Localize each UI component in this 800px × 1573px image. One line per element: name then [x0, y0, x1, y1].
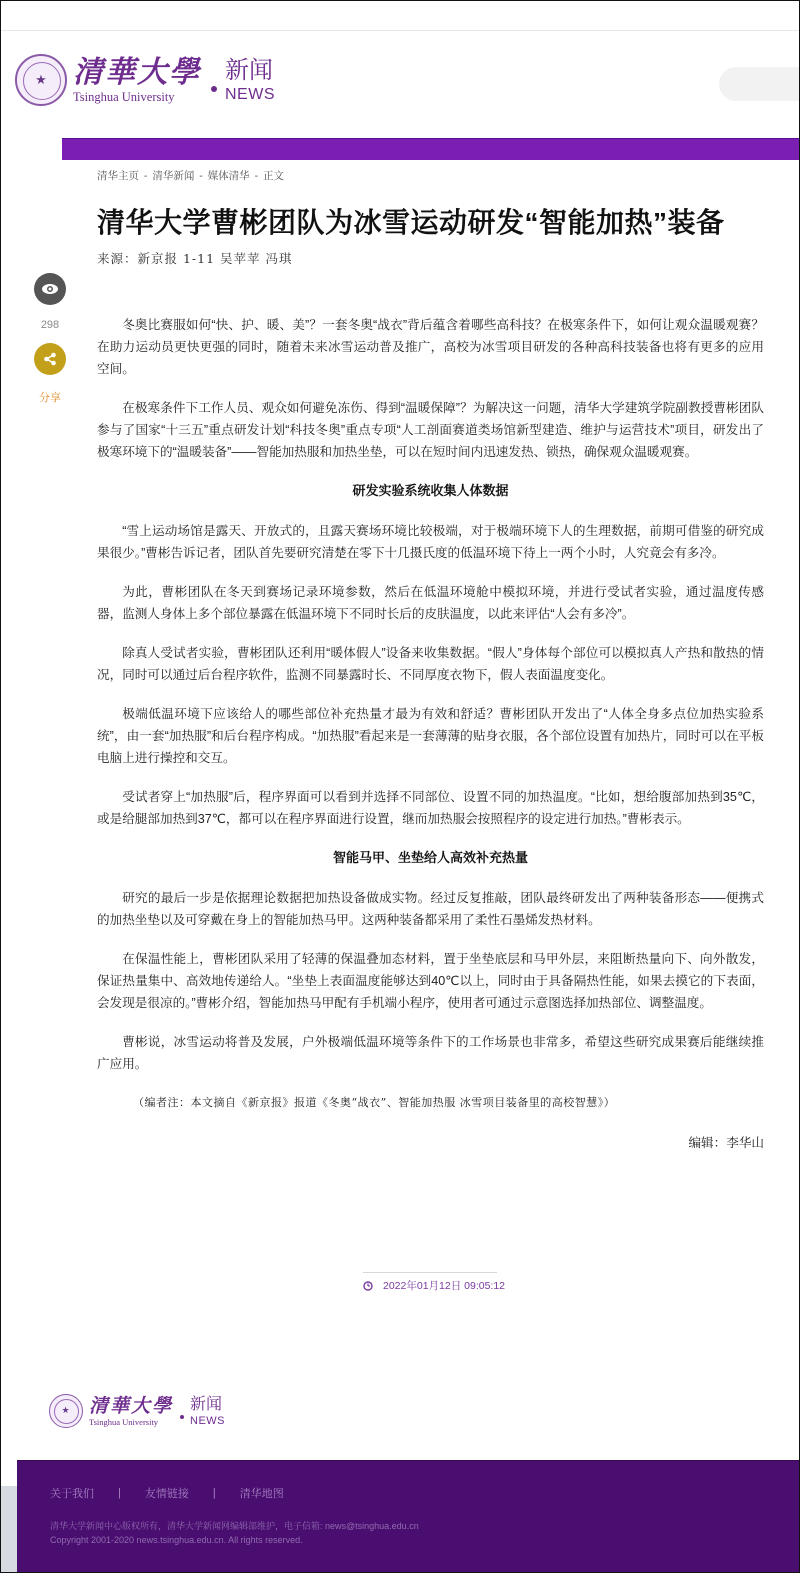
clock-icon [363, 1281, 373, 1291]
breadcrumb-home[interactable]: 清华主页 [97, 170, 139, 182]
paragraph: 极端低温环境下应该给人的哪些部位补充热量才最为有效和舒适？曹彬团队开发出了“人体… [97, 703, 764, 769]
footer-links: 关于我们 | 友情链接 | 清华地图 [50, 1485, 284, 1501]
breadcrumb-current: 正文 [263, 170, 284, 182]
share-button[interactable] [34, 343, 66, 375]
logo-chinese-name: 清華大學 [89, 1395, 173, 1417]
breadcrumb: 清华主页 - 清华新闻 - 媒体清华 - 正文 [97, 168, 284, 183]
section-heading: 研发实验系统收集人体数据 [97, 480, 764, 502]
footer-copyright: 清华大学新闻中心版权所有，清华大学新闻网编辑部维护，电子信箱: news@tsi… [50, 1519, 419, 1547]
publish-time: 2022年01月12日 09:05:12 [383, 1278, 505, 1293]
editor-note: （编者注：本文摘自《新京报》报道《冬奥“战衣”、智能加热服 冰雪项目装备里的高校… [133, 1092, 764, 1114]
site-footer: 关于我们 | 友情链接 | 清华地图 清华大学新闻中心版权所有，清华大学新闻网编… [17, 1460, 800, 1573]
search-box[interactable] [719, 67, 800, 101]
copyright-line-1: 清华大学新闻中心版权所有，清华大学新闻网编辑部维护，电子信箱: news@tsi… [50, 1519, 419, 1533]
paragraph: 在保温性能上，曹彬团队采用了轻薄的保温叠加态材料，置于坐垫底层和马甲外层，来阻断… [97, 948, 764, 1014]
logo-chinese-name: 清華大學 [73, 56, 201, 90]
logo-news-cn: 新闻 [225, 56, 275, 86]
university-seal-icon [15, 54, 67, 106]
logo-news-en: NEWS [225, 86, 275, 104]
article-title: 清华大学曹彬团队为冰雪运动研发“智能加热”装备 [97, 201, 725, 241]
paragraph: “雪上运动场馆是露天、开放式的，且露天赛场环境比较极端，对于极端环境下人的生理数… [97, 520, 764, 564]
logo-news-en: NEWS [190, 1415, 225, 1427]
logo-english-name: Tsinghua University [73, 90, 201, 105]
paragraph: 为此，曹彬团队在冬天到赛场记录环境参数，然后在低温环境舱中模拟环境，并进行受试者… [97, 581, 764, 625]
share-label[interactable]: 分享 [33, 389, 67, 405]
paragraph: 冬奥比赛服如何“快、护、暖、美”？一套冬奥“战衣”背后蕴含着哪些高科技？在极寒条… [97, 314, 764, 380]
paragraph: 除真人受试者实验，曹彬团队还利用“暖体假人”设备来收集数据。“假人”身体每个部位… [97, 642, 764, 686]
site-header: 清華大學 Tsinghua University 新闻 NEWS [1, 31, 800, 136]
publish-date: 2022年01月12日 09:05:12 [363, 1278, 505, 1293]
breadcrumb-news[interactable]: 清华新闻 [152, 170, 194, 182]
views-count: 298 [33, 319, 67, 331]
footer-gray-strip [1, 1486, 18, 1573]
paragraph: 在极寒条件下工作人员、观众如何避免冻伤、得到“温暖保障”？为解决这一问题，清华大… [97, 397, 764, 463]
share-icon [43, 352, 57, 366]
university-seal-icon [49, 1394, 83, 1428]
eye-icon [41, 283, 59, 295]
article-body: 冬奥比赛服如何“快、护、暖、美”？一套冬奥“战衣”背后蕴含着哪些高科技？在极寒条… [97, 314, 764, 1171]
paragraph: 曹彬说，冰雪运动将普及发展，户外极端低温环境等条件下的工作场景也非常多，希望这些… [97, 1031, 764, 1075]
footer-link-map[interactable]: 清华地图 [240, 1485, 284, 1501]
copyright-line-2: Copyright 2001-2020 news.tsinghua.edu.cn… [50, 1533, 419, 1547]
logo-english-name: Tsinghua University [89, 1417, 173, 1427]
views-button[interactable] [34, 273, 66, 305]
article-source: 来源：新京报 1-11 吴苹苹 冯琪 [97, 249, 293, 267]
breadcrumb-media[interactable]: 媒体清华 [208, 170, 250, 182]
side-tools: 298 分享 [33, 273, 67, 405]
logo-dot [211, 86, 217, 92]
paragraph: 受试者穿上“加热服”后，程序界面可以看到并选择不同部位、设置不同的加热温度。“比… [97, 786, 764, 830]
section-heading: 智能马甲、坐垫给人高效补充热量 [97, 847, 764, 869]
logo-news-cn: 新闻 [190, 1395, 225, 1415]
editor-credit: 编辑：李华山 [97, 1132, 764, 1154]
paragraph: 研究的最后一步是依据理论数据把加热设备做成实物。经过反复推敲，团队最终研发出了两… [97, 887, 764, 931]
footer-logo[interactable]: 清華大學 Tsinghua University 新闻 NEWS [49, 1394, 225, 1428]
logo-dot [180, 1415, 184, 1419]
footer-link-friends[interactable]: 友情链接 [145, 1485, 189, 1501]
footer-link-about[interactable]: 关于我们 [50, 1485, 94, 1501]
nav-bar [62, 138, 800, 160]
date-divider [363, 1272, 497, 1273]
site-logo[interactable]: 清華大學 Tsinghua University 新闻 NEWS [15, 54, 275, 106]
